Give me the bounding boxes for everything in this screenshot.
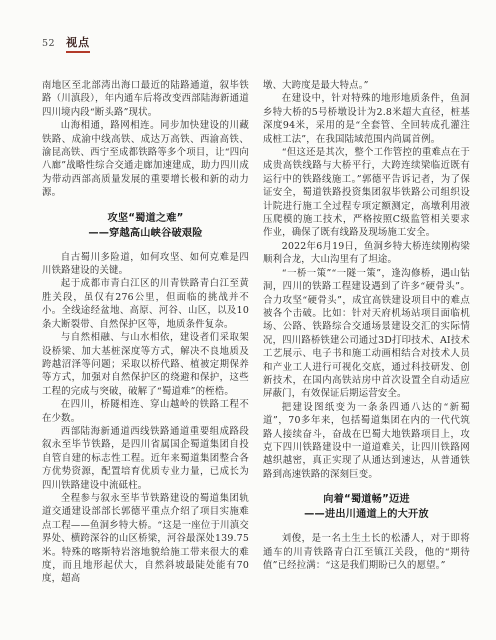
paragraph: “但这还是其次，整个工作管控的重难点在于成贵高铁线路与大桥平行，大跨连续梁临近既… xyxy=(263,146,470,240)
paragraph: 2022年6月19日，鱼洞乡特大桥连续刚构梁顺利合龙，大山沟里有了坦途。 xyxy=(263,240,470,267)
heading-subtitle: ——进出川通道上的大开放 xyxy=(263,507,470,522)
section-heading-shudao-zhinan: 攻坚“蜀道之难” ——穿越高山峡谷破艰险 xyxy=(42,211,249,241)
right-column: 墩、大跨度是最大特点。” 在建设中，针对特殊的地形地质条件，鱼洞乡特大桥的5号桥… xyxy=(263,79,470,586)
paragraph: 西部陆海新通道西线铁路通道重要组成路段叙永至毕节铁路，是四川省属国企蜀道集团自投… xyxy=(42,425,249,492)
article-columns: 南地区至北部湾出海口最近的陆路通道，叙毕铁路（川滇段），年内通车后将改变西部陆海… xyxy=(42,79,470,586)
paragraph: 山海相通，路网相连。同步加快建设的川藏铁路、成渝中线高铁、成达万高铁、西渝高铁、… xyxy=(42,119,249,199)
magazine-page: 52 视点 南地区至北部湾出海口最近的陆路通道，叙毕铁路（川滇段），年内通车后将… xyxy=(0,0,496,640)
paragraph: 把建设图纸变为一条条四通八达的“新蜀道”，70多年来，包括蜀道集团在内的一代代筑… xyxy=(263,401,470,481)
paragraph: 墩、大跨度是最大特点。” xyxy=(263,79,470,92)
paragraph: 与自然相融、与山水相依，建设者们采取架设桥梁、加大基桩深度等方式，解决不良地质及… xyxy=(42,331,249,398)
left-column: 南地区至北部湾出海口最近的陆路通道，叙毕铁路（川滇段），年内通车后将改变西部陆海… xyxy=(42,79,249,586)
paragraph: 在四川，桥隧相连、穿山越岭的铁路工程不在少数。 xyxy=(42,398,249,425)
paragraph: “一桥一策”“一隧一策”，逢沟修桥，遇山钻洞，四川的铁路工程建设遇到了许多“硬骨… xyxy=(263,267,470,401)
paragraph: 自古蜀川多险道，如何攻坚、如何克难是四川铁路建设的关键。 xyxy=(42,251,249,278)
paragraph: 刘俊，是一名土生土长的松潘人，对于即将通车的川青铁路青白江至镇江关段，他的“期待… xyxy=(263,532,470,572)
paragraph: 在建设中，针对特殊的地形地质条件，鱼洞乡特大桥的5号桥墩设计为2.8米超大直径，… xyxy=(263,92,470,146)
page-number: 52 xyxy=(42,38,55,49)
section-heading-shudao-chang: 向着“蜀道畅”迈进 ——进出川通道上的大开放 xyxy=(263,492,470,522)
paragraph: 全程参与叙永至毕节铁路建设的蜀道集团轨道交通建设部部长郭德平重点介绍了项目实施难… xyxy=(42,492,249,586)
page-header: 52 视点 xyxy=(42,34,470,53)
paragraph: 南地区至北部湾出海口最近的陆路通道，叙毕铁路（川滇段），年内通车后将改变西部陆海… xyxy=(42,79,249,119)
heading-title: 向着“蜀道畅”迈进 xyxy=(263,492,470,507)
section-label: 视点 xyxy=(66,34,90,53)
paragraph: 起于成都市青白江区的川青铁路青白江至黄胜关段，虽仅有276公里，但面临的挑战并不… xyxy=(42,277,249,331)
heading-subtitle: ——穿越高山峡谷破艰险 xyxy=(42,226,249,241)
heading-title: 攻坚“蜀道之难” xyxy=(42,211,249,226)
